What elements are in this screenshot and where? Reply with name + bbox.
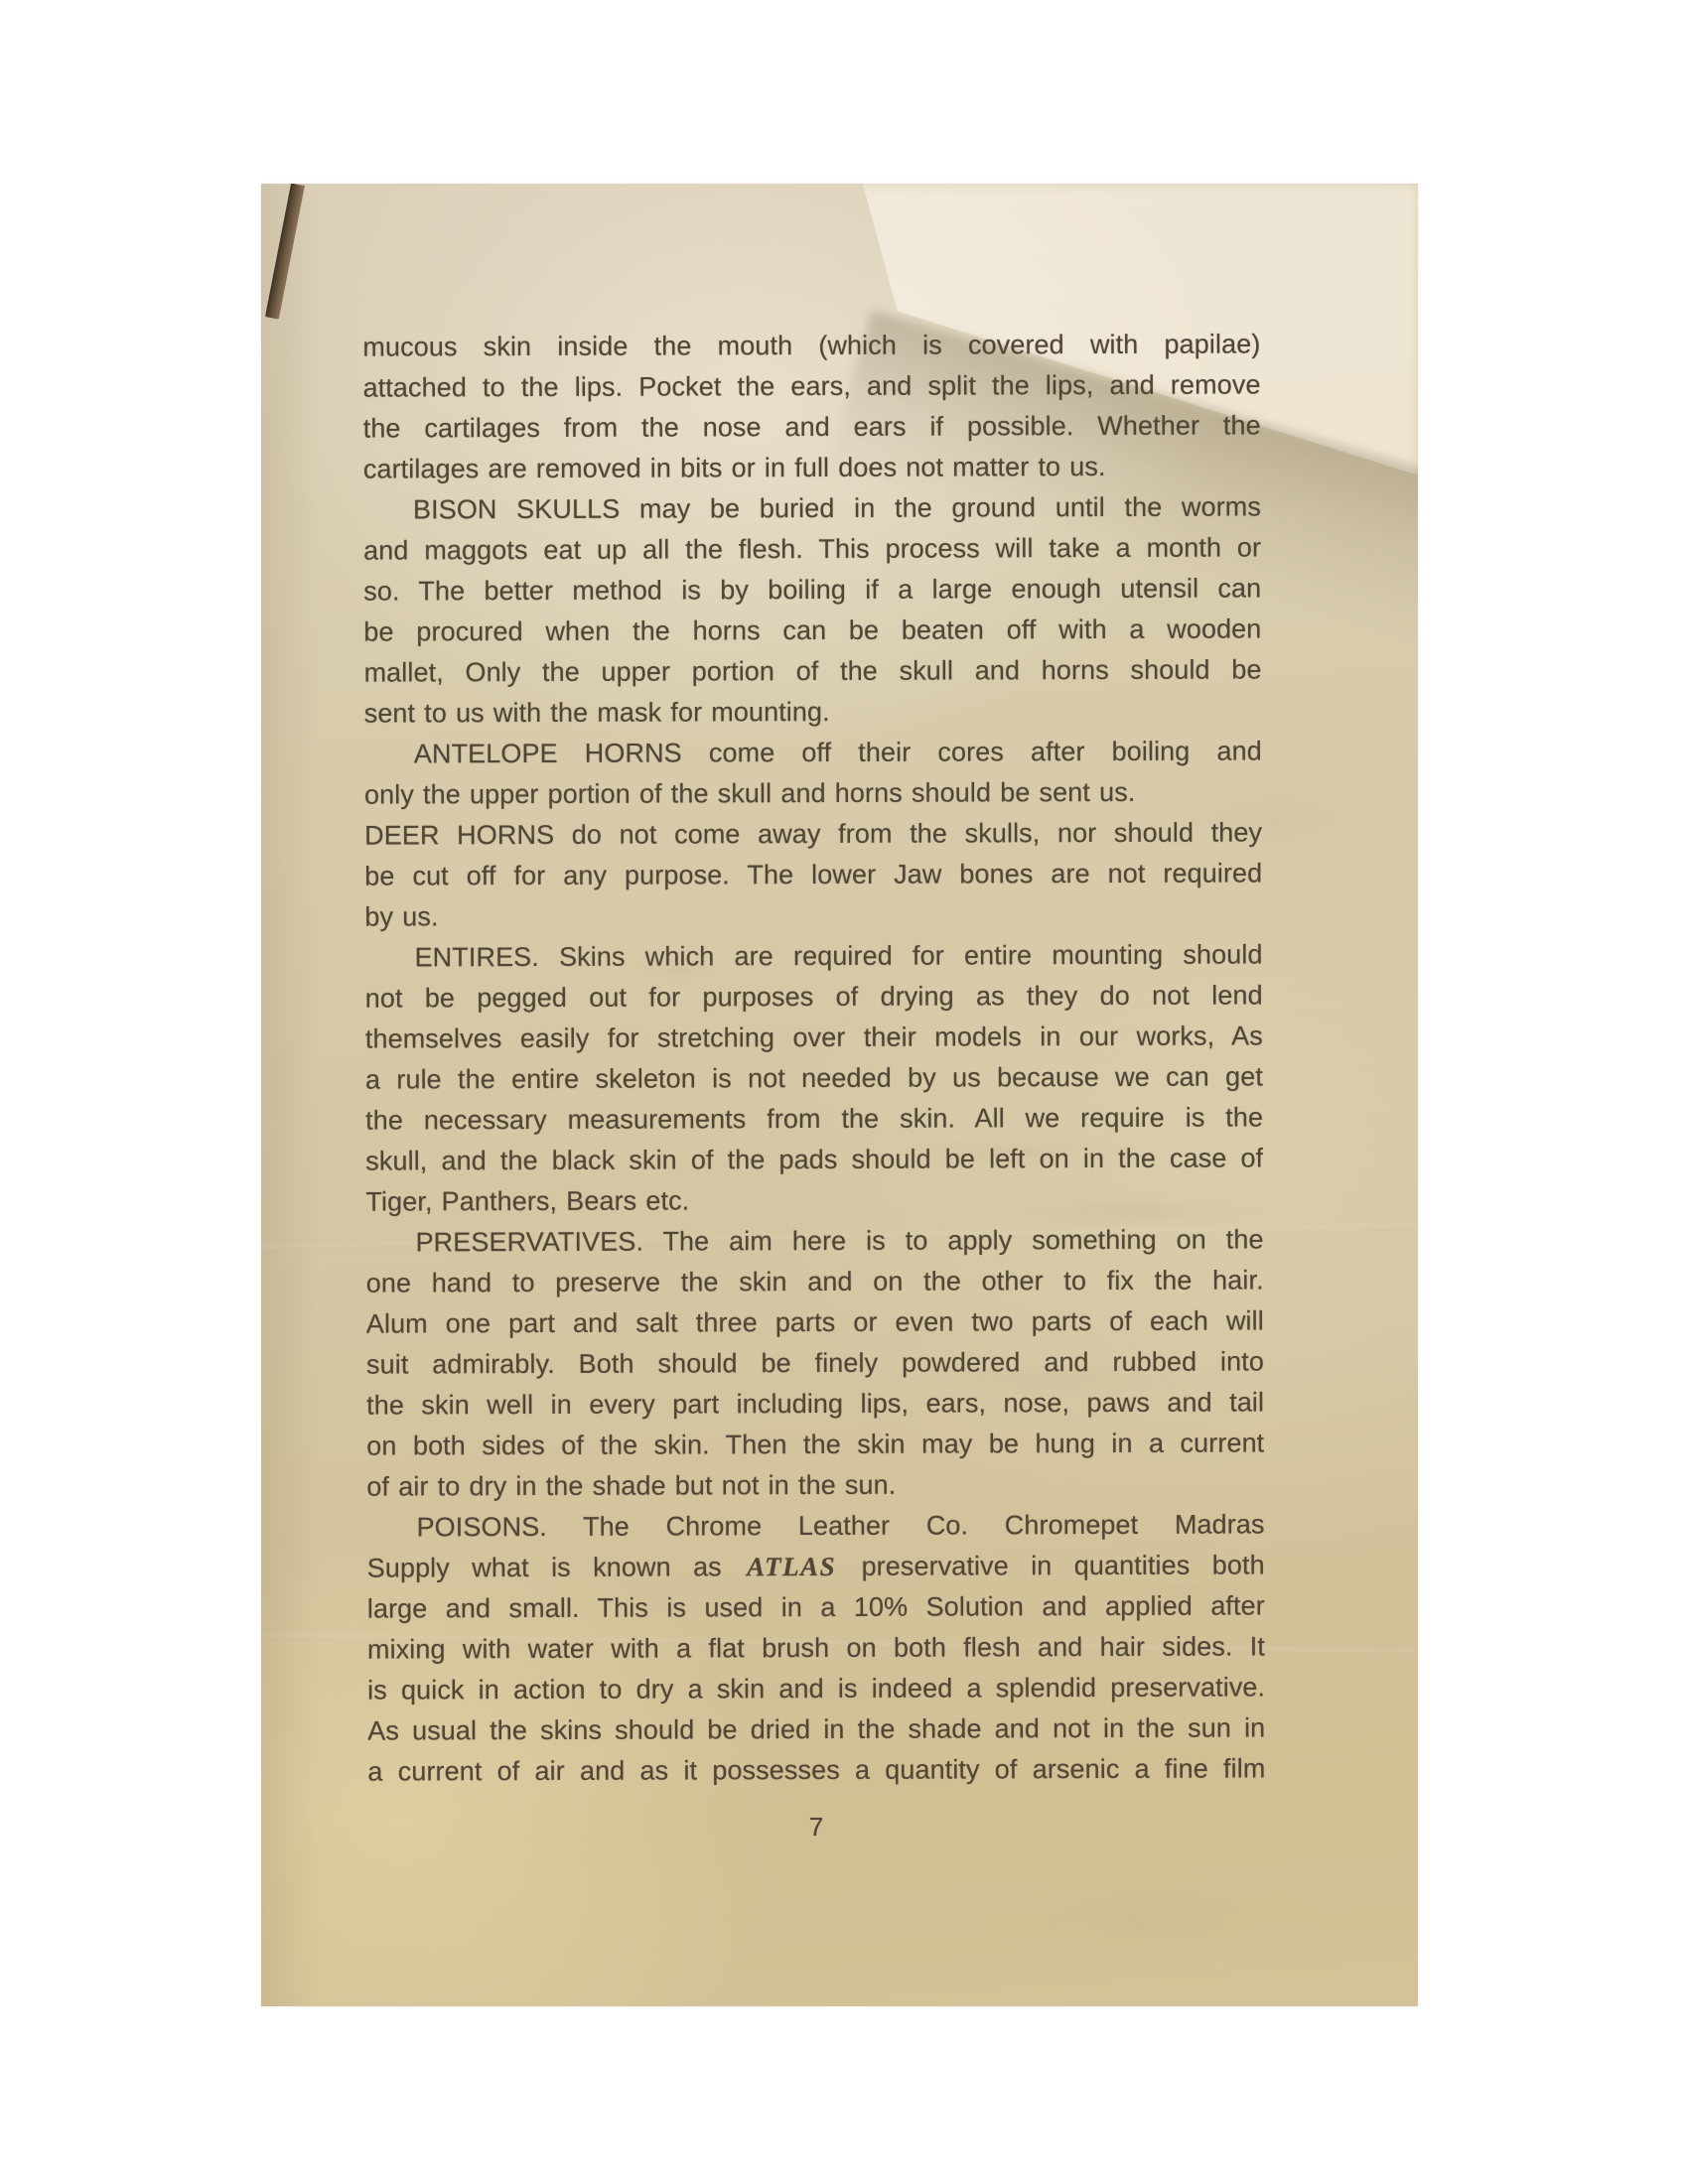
page-number: 7 bbox=[368, 1805, 1266, 1848]
text-line: sent to us with the mask for mounting. bbox=[364, 690, 1262, 734]
page-text: mucous skin inside the mouth (which is c… bbox=[362, 324, 1265, 1848]
text-line: ANTELOPE HORNS come off their cores afte… bbox=[364, 731, 1262, 774]
text-line: skull, and the black skin of the pads sh… bbox=[365, 1138, 1263, 1181]
text-line: ENTIRES. Skins which are required for en… bbox=[364, 934, 1262, 978]
text-line: the skin well in every part including li… bbox=[366, 1382, 1264, 1426]
text-line: Tiger, Panthers, Bears etc. bbox=[365, 1178, 1263, 1222]
text-line: As usual the skins should be dried in th… bbox=[367, 1707, 1265, 1751]
text-line: so. The better method is by boiling if a… bbox=[363, 568, 1261, 612]
text-line: by us. bbox=[364, 893, 1262, 937]
text-line: DEER HORNS do not come away from the sku… bbox=[364, 812, 1262, 856]
text-line: the cartilages from the nose and ears if… bbox=[363, 405, 1261, 449]
text-line: PRESERVATIVES. The aim here is to apply … bbox=[365, 1219, 1263, 1263]
text-line: a current of air and as it possesses a q… bbox=[367, 1748, 1265, 1792]
text-line: and maggots eat up all the flesh. This p… bbox=[363, 527, 1261, 571]
book-page: mucous skin inside the mouth (which is c… bbox=[261, 184, 1418, 2006]
text-line: mallet, Only the upper portion of the sk… bbox=[363, 649, 1261, 693]
paragraph: DEER HORNS do not come away from the sku… bbox=[364, 812, 1262, 937]
text-segment: Supply what is known as bbox=[367, 1552, 745, 1582]
text-line: a rule the entire skeleton is not needed… bbox=[365, 1056, 1263, 1100]
text-line: the necessary measurements from the skin… bbox=[365, 1097, 1263, 1141]
text-line: themselves easily for stretching over th… bbox=[365, 1016, 1263, 1059]
text-line: only the upper portion of the skull and … bbox=[364, 771, 1262, 815]
text-line: be procured when the horns can be beaten… bbox=[363, 609, 1261, 652]
text-line: POISONS. The Chrome Leather Co. Chromepe… bbox=[366, 1504, 1264, 1548]
text-line: of air to dry in the shade but not in th… bbox=[366, 1463, 1264, 1507]
text-line: is quick in action to dry a skin and is … bbox=[367, 1667, 1265, 1710]
paragraph: PRESERVATIVES. The aim here is to apply … bbox=[365, 1219, 1264, 1507]
text-line: large and small. This is used in a 10% S… bbox=[367, 1585, 1265, 1629]
text-line: Supply what is known as ATLAS preservati… bbox=[367, 1545, 1265, 1588]
atlas-brand-text: ATLAS bbox=[744, 1552, 839, 1581]
text-line: suit admirably. Both should be finely po… bbox=[366, 1341, 1264, 1385]
text-line: attached to the lips. Pocket the ears, a… bbox=[362, 364, 1260, 408]
text-line: BISON SKULLS may be buried in the ground… bbox=[363, 486, 1261, 530]
paragraph: ANTELOPE HORNS come off their cores afte… bbox=[364, 731, 1262, 815]
paragraph: POISONS. The Chrome Leather Co. Chromepe… bbox=[366, 1504, 1265, 1792]
paragraph: BISON SKULLS may be buried in the ground… bbox=[363, 486, 1262, 734]
text-line: one hand to preserve the skin and on the… bbox=[366, 1260, 1264, 1303]
text-segment: preservative in quantities both bbox=[839, 1550, 1265, 1580]
text-line: cartilages are removed in bits or in ful… bbox=[363, 446, 1261, 489]
paragraph: mucous skin inside the mouth (which is c… bbox=[362, 324, 1261, 489]
text-line: be cut off for any purpose. The lower Ja… bbox=[364, 853, 1262, 896]
pencil-edge bbox=[265, 184, 305, 320]
text-line: mucous skin inside the mouth (which is c… bbox=[362, 324, 1260, 367]
paragraph: ENTIRES. Skins which are required for en… bbox=[364, 934, 1263, 1222]
text-line: Alum one part and salt three parts or ev… bbox=[366, 1300, 1264, 1344]
text-line: on both sides of the skin. Then the skin… bbox=[366, 1423, 1264, 1466]
text-line: not be pegged out for purposes of drying… bbox=[365, 975, 1263, 1019]
text-line: mixing with water with a flat brush on b… bbox=[367, 1626, 1265, 1670]
